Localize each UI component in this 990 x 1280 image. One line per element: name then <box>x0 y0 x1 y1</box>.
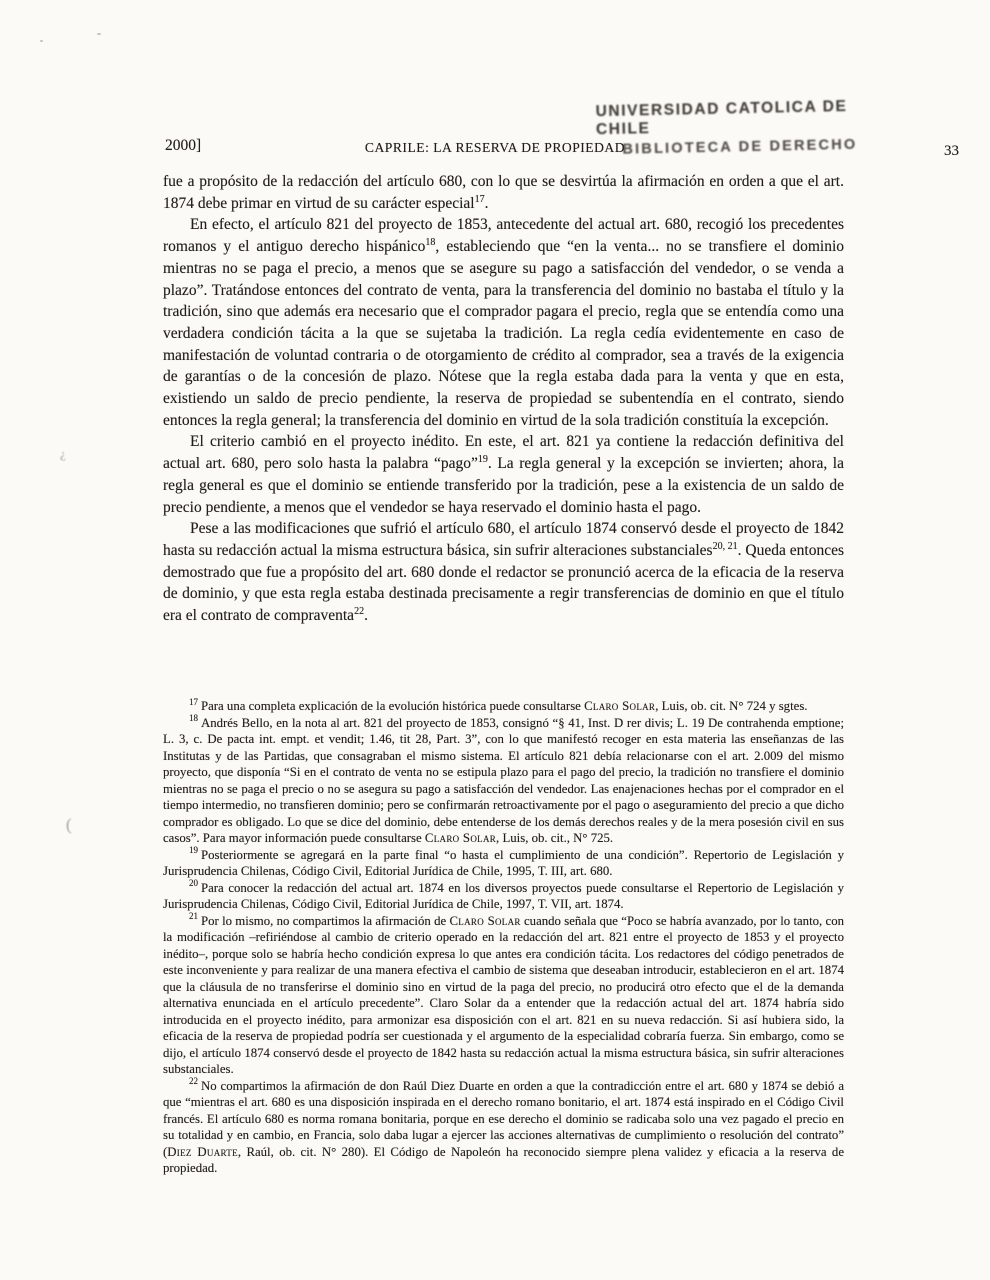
text-run: Para conocer la redacción del actual art… <box>163 881 844 912</box>
text-run: Andrés Bello, en la nota al art. 821 del… <box>163 716 844 846</box>
text-run: Por lo mismo, no compartimos la afirmaci… <box>201 914 449 928</box>
author-name: Claro Solar <box>425 831 496 845</box>
author-name: Claro Solar <box>584 699 655 713</box>
footnote-number: 22 <box>189 1076 201 1086</box>
footnote: 18Andrés Bello, en la nota al art. 821 d… <box>163 715 844 847</box>
body-paragraph: fue a propósito de la redacción del artí… <box>163 171 844 214</box>
text-run: fue a propósito de la redacción del artí… <box>163 173 844 212</box>
text-run: . <box>364 607 368 624</box>
footnote-ref: 17 <box>475 194 485 205</box>
footnote-ref: 18 <box>425 237 435 248</box>
scanned-page: ¿ ( 2000] CAPRILE: LA RESERVA DE PROPIED… <box>0 0 990 1280</box>
page-number: 33 <box>944 143 959 160</box>
body-paragraph: En efecto, el artículo 821 del proyecto … <box>163 214 844 431</box>
library-stamp-line1: UNIVERSIDAD CATOLICA DE CHILE <box>595 97 906 139</box>
scan-artifact: ( <box>66 815 72 835</box>
main-text: fue a propósito de la redacción del artí… <box>163 171 844 627</box>
text-run: , Luis, ob. cit. N° 724 y sgtes. <box>655 699 807 713</box>
footnote-number: 18 <box>189 713 201 723</box>
footnote-number: 19 <box>189 845 201 855</box>
body-paragraph: El criterio cambió en el proyecto inédit… <box>163 431 844 518</box>
text-run: cuando señala que “Poco se habría avanza… <box>163 914 844 1077</box>
footnote: 22No compartimos la afirmación de don Ra… <box>163 1078 844 1177</box>
text-run: , Raúl, ob. cit. N° 280). El Código de N… <box>163 1145 844 1176</box>
text-run: , Luis, ob. cit., N° 725. <box>496 831 613 845</box>
footnote-ref: 22 <box>354 606 364 617</box>
footnote: 17Para una completa explicación de la ev… <box>163 698 844 715</box>
footnote-number: 21 <box>189 911 201 921</box>
footnotes: 17Para una completa explicación de la ev… <box>163 698 844 1177</box>
scan-artifact: ¿ <box>60 446 66 462</box>
text-run: . <box>485 195 489 212</box>
author-name: Claro Solar <box>449 914 520 928</box>
body-paragraph: Pese a las modificaciones que sufrió el … <box>163 518 844 627</box>
footnote-ref: 20, 21 <box>713 541 738 552</box>
footnote: 21Por lo mismo, no compartimos la afirma… <box>163 913 844 1078</box>
author-name: Diez Duarte <box>167 1145 238 1159</box>
footnote-number: 20 <box>189 878 201 888</box>
scan-speck <box>40 40 43 42</box>
text-run: Para una completa explicación de la evol… <box>201 699 584 713</box>
footnote: 19Posteriormente se agregará en la parte… <box>163 847 844 880</box>
footnote-number: 17 <box>189 697 201 707</box>
running-title: CAPRILE: LA RESERVA DE PROPIEDAD <box>0 140 990 156</box>
text-run: , estableciendo que “en la venta... no s… <box>163 238 844 429</box>
footnote-ref: 19 <box>478 454 488 465</box>
scan-speck <box>97 33 101 35</box>
footnote: 20Para conocer la redacción del actual a… <box>163 880 844 913</box>
text-run: Posteriormente se agregará en la parte f… <box>163 848 844 879</box>
